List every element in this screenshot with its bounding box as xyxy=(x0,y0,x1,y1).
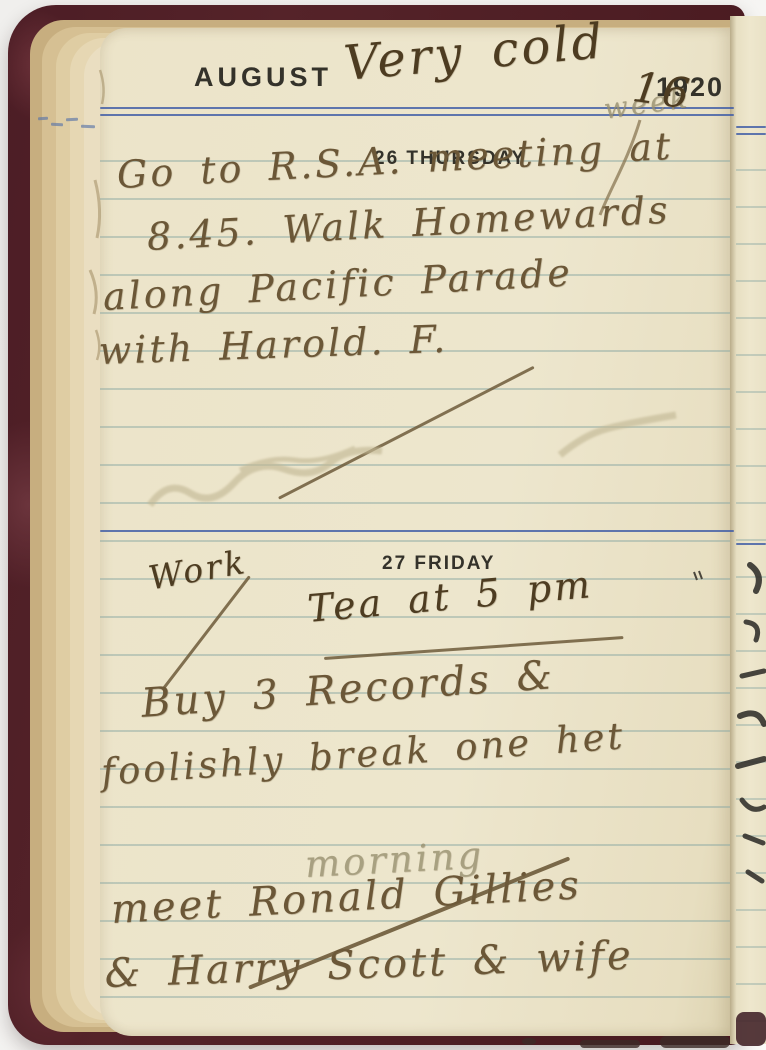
diary-photo: AUGUST 1920 Very cold week 16 26 THURSDA… xyxy=(0,0,766,1050)
cover-smudge xyxy=(660,1036,730,1048)
ditto-mark xyxy=(694,571,702,580)
previous-page-fragments xyxy=(90,70,104,360)
cover-smudge xyxy=(580,1040,640,1048)
ink-decorations xyxy=(0,0,766,1050)
cover-smudge xyxy=(522,1038,536,1045)
cover-corner xyxy=(736,1012,766,1046)
next-page-ink xyxy=(738,565,764,881)
pen-flourish-stroke xyxy=(600,120,640,215)
ink-showthrough xyxy=(150,415,676,505)
